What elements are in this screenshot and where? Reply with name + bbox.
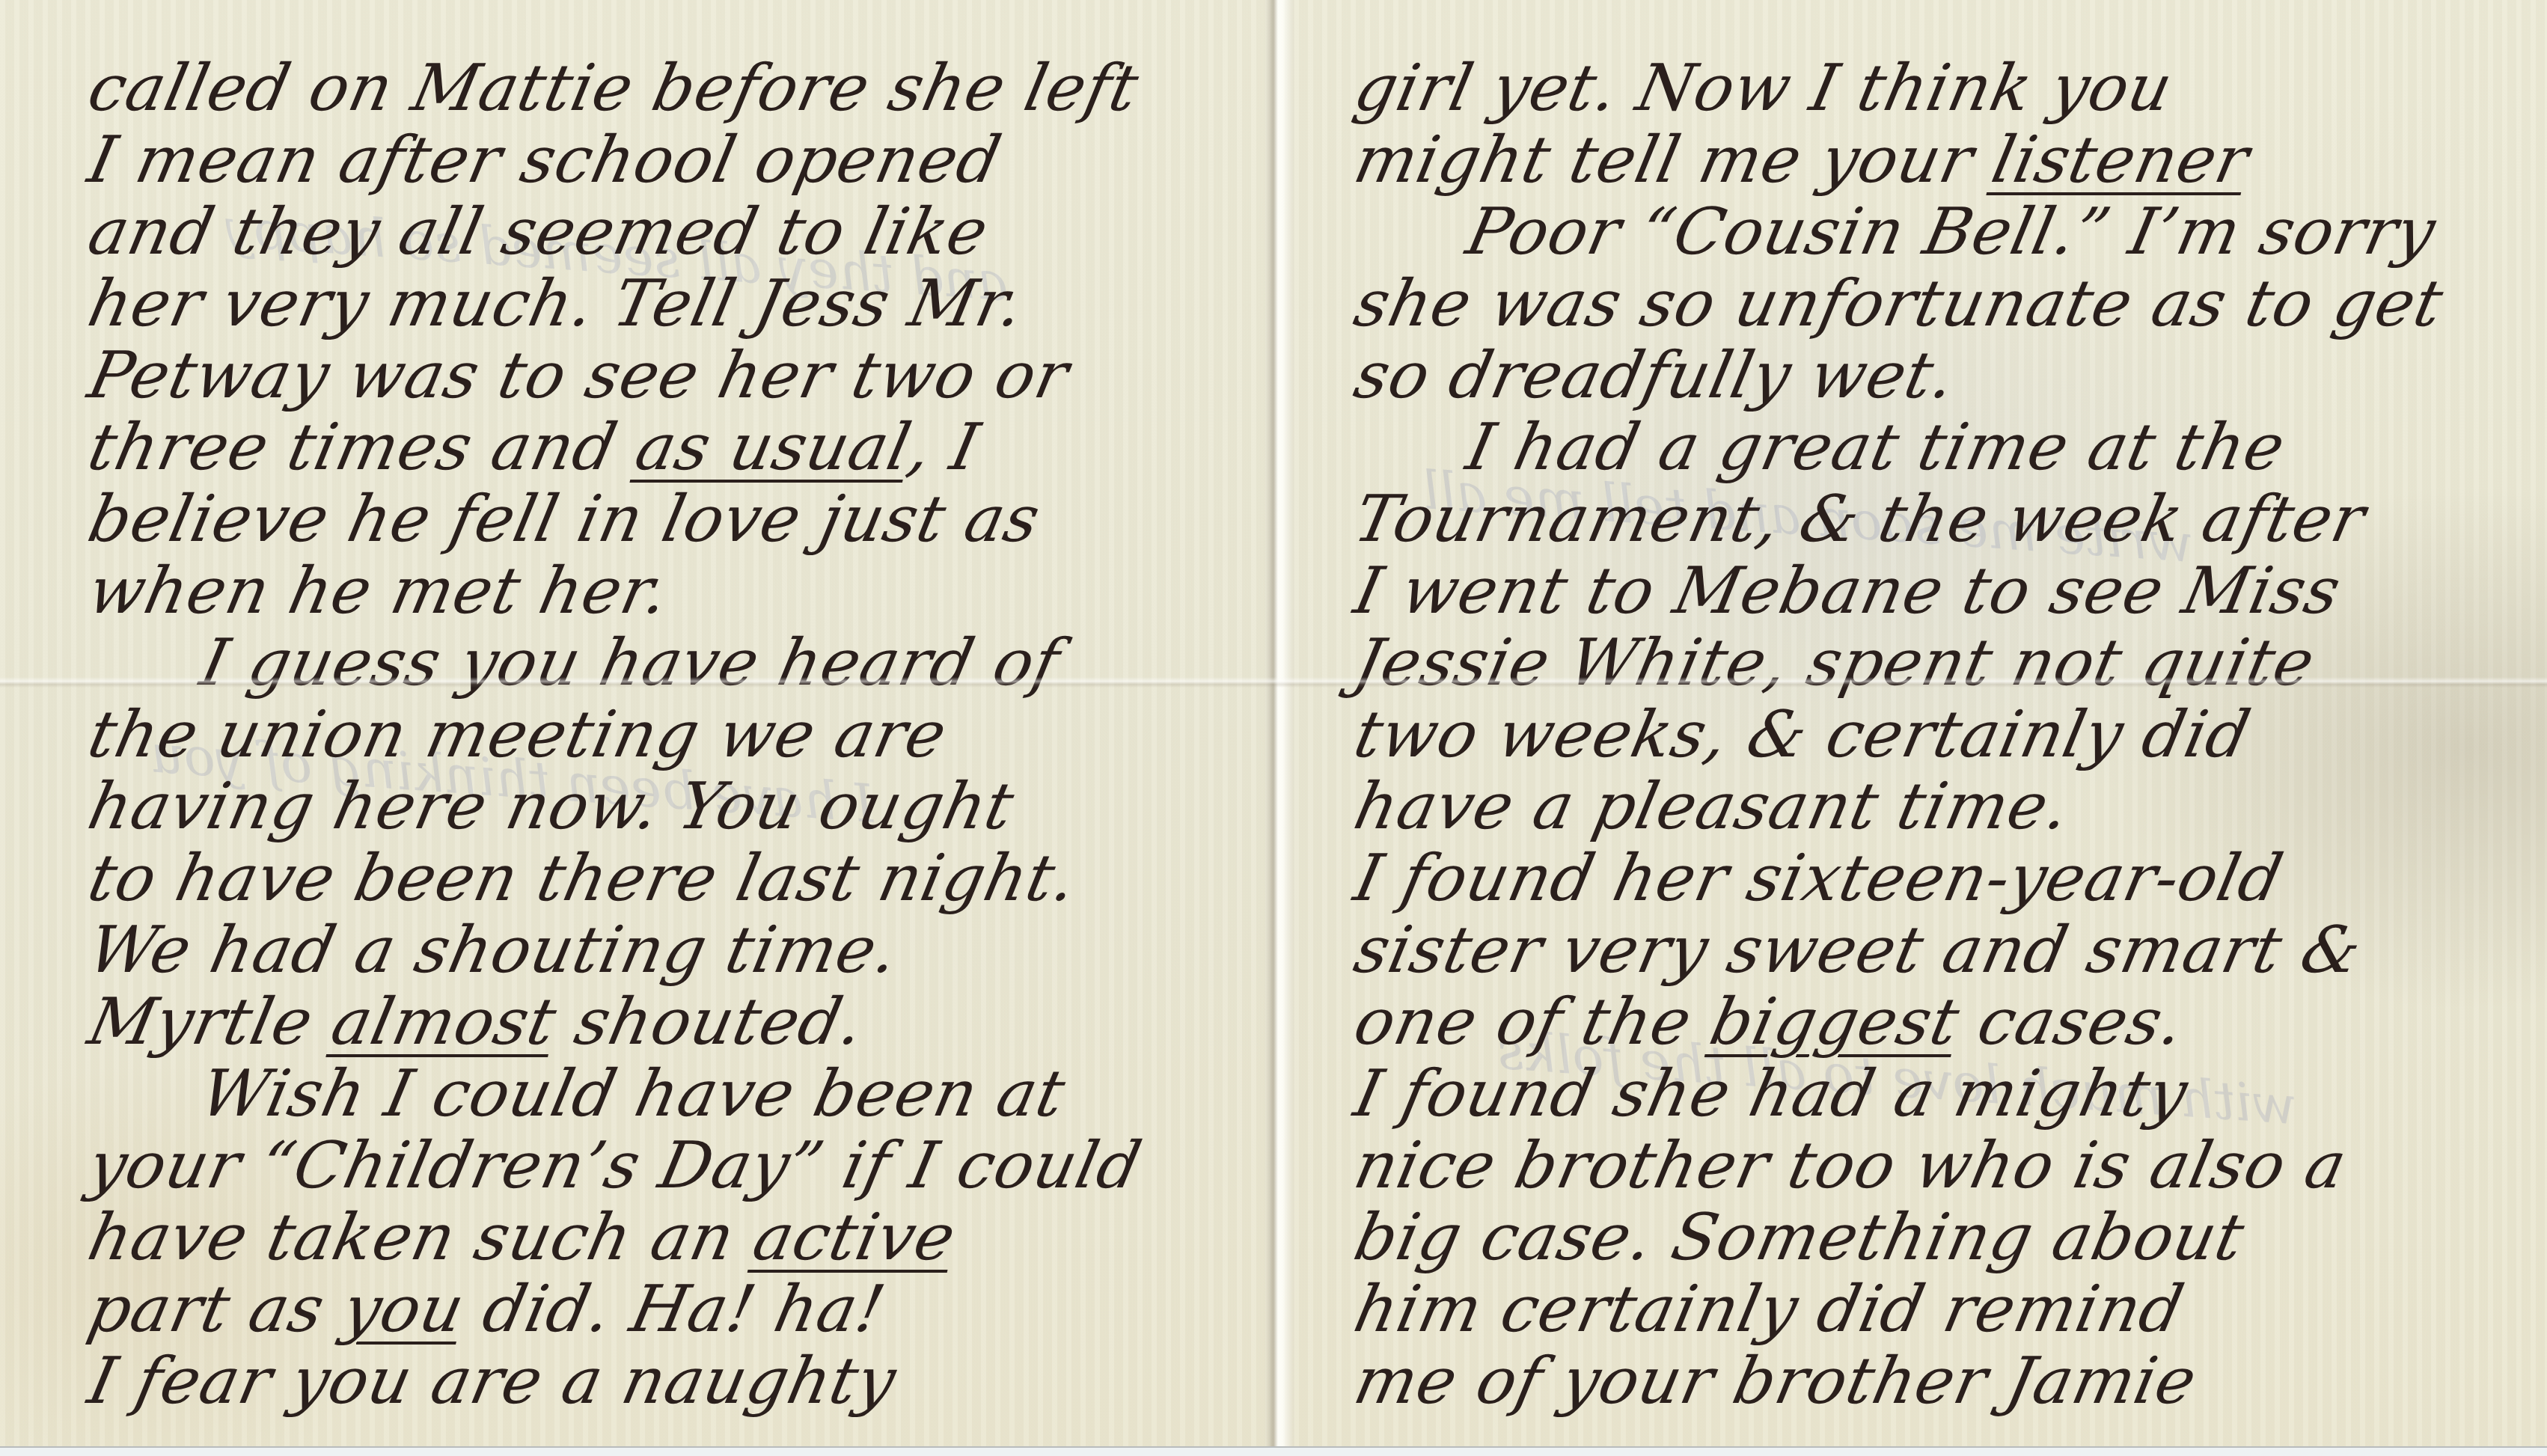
- underlined-word: listener: [1986, 123, 2256, 198]
- scan-border: [0, 1446, 2547, 1456]
- letter-line: I found her sixteen-year-old: [1348, 842, 2289, 914]
- letter-line: one of the biggest cases.: [1348, 986, 2190, 1058]
- letter-line: I found she had a mighty: [1348, 1058, 2195, 1130]
- letter-line: girl yet. Now I think you: [1348, 52, 2179, 124]
- letter-line: the union meeting we are: [82, 699, 953, 771]
- letter-line: him certainly did remind: [1348, 1273, 2190, 1345]
- letter-line: two weeks, & certainly did: [1348, 699, 2257, 771]
- letter-line: Tournament, & the week after: [1348, 483, 2372, 555]
- letter-line: might tell me your listener: [1348, 124, 2256, 196]
- letter-line: having here now. You ought: [82, 771, 1021, 842]
- letter-line: Wish I could have been at: [82, 1058, 1071, 1130]
- letter-line: big case. Something about: [1348, 1202, 2251, 1273]
- left-page: called on Mattie before she left I mean …: [0, 0, 1272, 1446]
- letter-line: when he met her.: [82, 555, 675, 627]
- letter-line: and they all seemed to like: [82, 196, 994, 268]
- underlined-word: as usual: [629, 410, 918, 485]
- letter-line: me of your brother Jamie: [1348, 1345, 2203, 1417]
- underlined-word: biggest: [1704, 985, 1966, 1059]
- letter-line: she was so unfortunate as to get: [1348, 268, 2450, 340]
- letter-line: Petway was to see her two or: [82, 340, 1075, 412]
- letter-line: part as you did. Ha! ha!: [82, 1273, 891, 1345]
- letter-line: called on Mattie before she left: [82, 52, 1145, 124]
- letter-line: I had a great time at the: [1348, 412, 2291, 483]
- letter-line: believe he fell in love just as: [82, 483, 1047, 555]
- underlined-word: almost: [325, 985, 563, 1059]
- letter-line: Jessie White, spent not quite: [1348, 627, 2321, 699]
- letter-line: I went to Mebane to see Miss: [1348, 555, 2347, 627]
- letter-line: her very much. Tell Jess Mr.: [82, 268, 1030, 340]
- right-page: girl yet. Now I think you might tell me …: [1281, 0, 2547, 1446]
- letter-line: I guess you have heard of: [82, 627, 1066, 699]
- letter-line: three times and as usual, I: [82, 412, 986, 483]
- letter-line: Poor “Cousin Bell.” I’m sorry: [1348, 196, 2442, 268]
- letter-line: We had a shouting time.: [82, 914, 905, 986]
- letter-line: so dreadfully wet.: [1348, 340, 1962, 412]
- letter-line: have a pleasant time.: [1348, 771, 2076, 842]
- letter-line: have taken such an active: [82, 1202, 962, 1273]
- underlined-word: you: [337, 1272, 471, 1347]
- letter-line: sister very sweet and smart &: [1348, 914, 2368, 986]
- letter-line: nice brother too who is also a: [1348, 1130, 2353, 1202]
- letter-line: Myrtle almost shouted.: [82, 986, 870, 1058]
- letter-line: to have been there last night.: [82, 842, 1083, 914]
- letter-line: I fear you are a naughty: [82, 1345, 902, 1417]
- horizontal-fold-crease: [0, 677, 2547, 688]
- letter-line: I mean after school opened: [82, 124, 1007, 196]
- letter-line: your “Children’s Day” if I could: [82, 1130, 1148, 1202]
- letter-scan: and they all seemed so happy I have been…: [0, 0, 2547, 1446]
- center-fold-crease: [1265, 0, 1294, 1446]
- underlined-word: active: [747, 1200, 962, 1275]
